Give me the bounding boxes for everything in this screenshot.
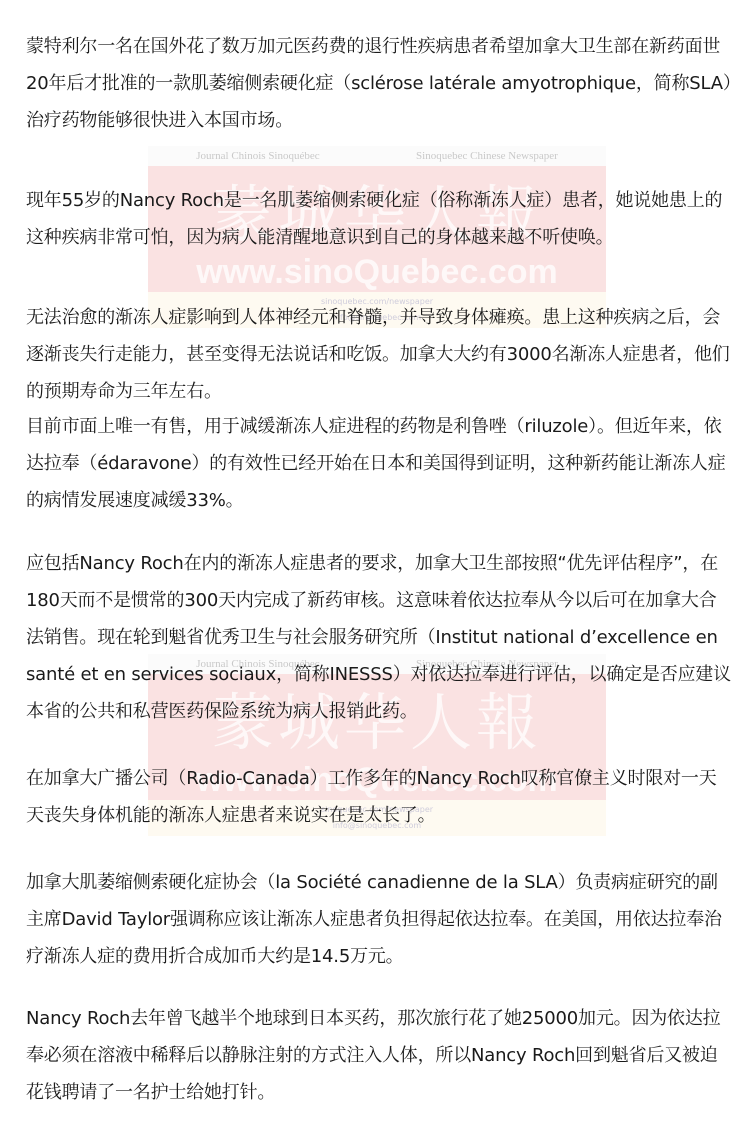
watermark-header: Journal Chinois Sinoquébec Sinoquebec Ch… <box>148 146 606 166</box>
article-paragraph: 无法治愈的渐冻人症影响到人体神经元和脊髓，并导致身体瘫痪。患上这种疾病之后，会逐… <box>26 299 732 410</box>
article-paragraph: 在加拿大广播公司（Radio-Canada）工作多年的Nancy Roch叹称官… <box>26 760 732 834</box>
article-paragraph: 加拿大肌萎缩侧索硬化症协会（la Société canadienne de l… <box>26 864 732 975</box>
article-paragraph: 蒙特利尔一名在国外花了数万加元医药费的退行性疾病患者希望加拿大卫生部在新药面世2… <box>26 28 732 139</box>
article-paragraph: 应包括Nancy Roch在内的渐冻人症患者的要求，加拿大卫生部按照“优先评估程… <box>26 545 732 730</box>
watermark-header-right: Sinoquebec Chinese Newspaper <box>416 150 558 162</box>
watermark-url: www.sinoQuebec.com <box>148 252 606 292</box>
article-paragraph: Nancy Roch去年曾飞越半个地球到日本买药，那次旅行花了她25000加元。… <box>26 1000 732 1111</box>
article-paragraph: 目前市面上唯一有售，用于减缓渐冻人症进程的药物是利鲁唑（riluzole）。但近… <box>26 408 732 519</box>
article-paragraph: 现年55岁的Nancy Roch是一名肌萎缩侧索硬化症（俗称渐冻人症）患者，她说… <box>26 182 732 256</box>
watermark-header-left: Journal Chinois Sinoquébec <box>196 150 319 162</box>
